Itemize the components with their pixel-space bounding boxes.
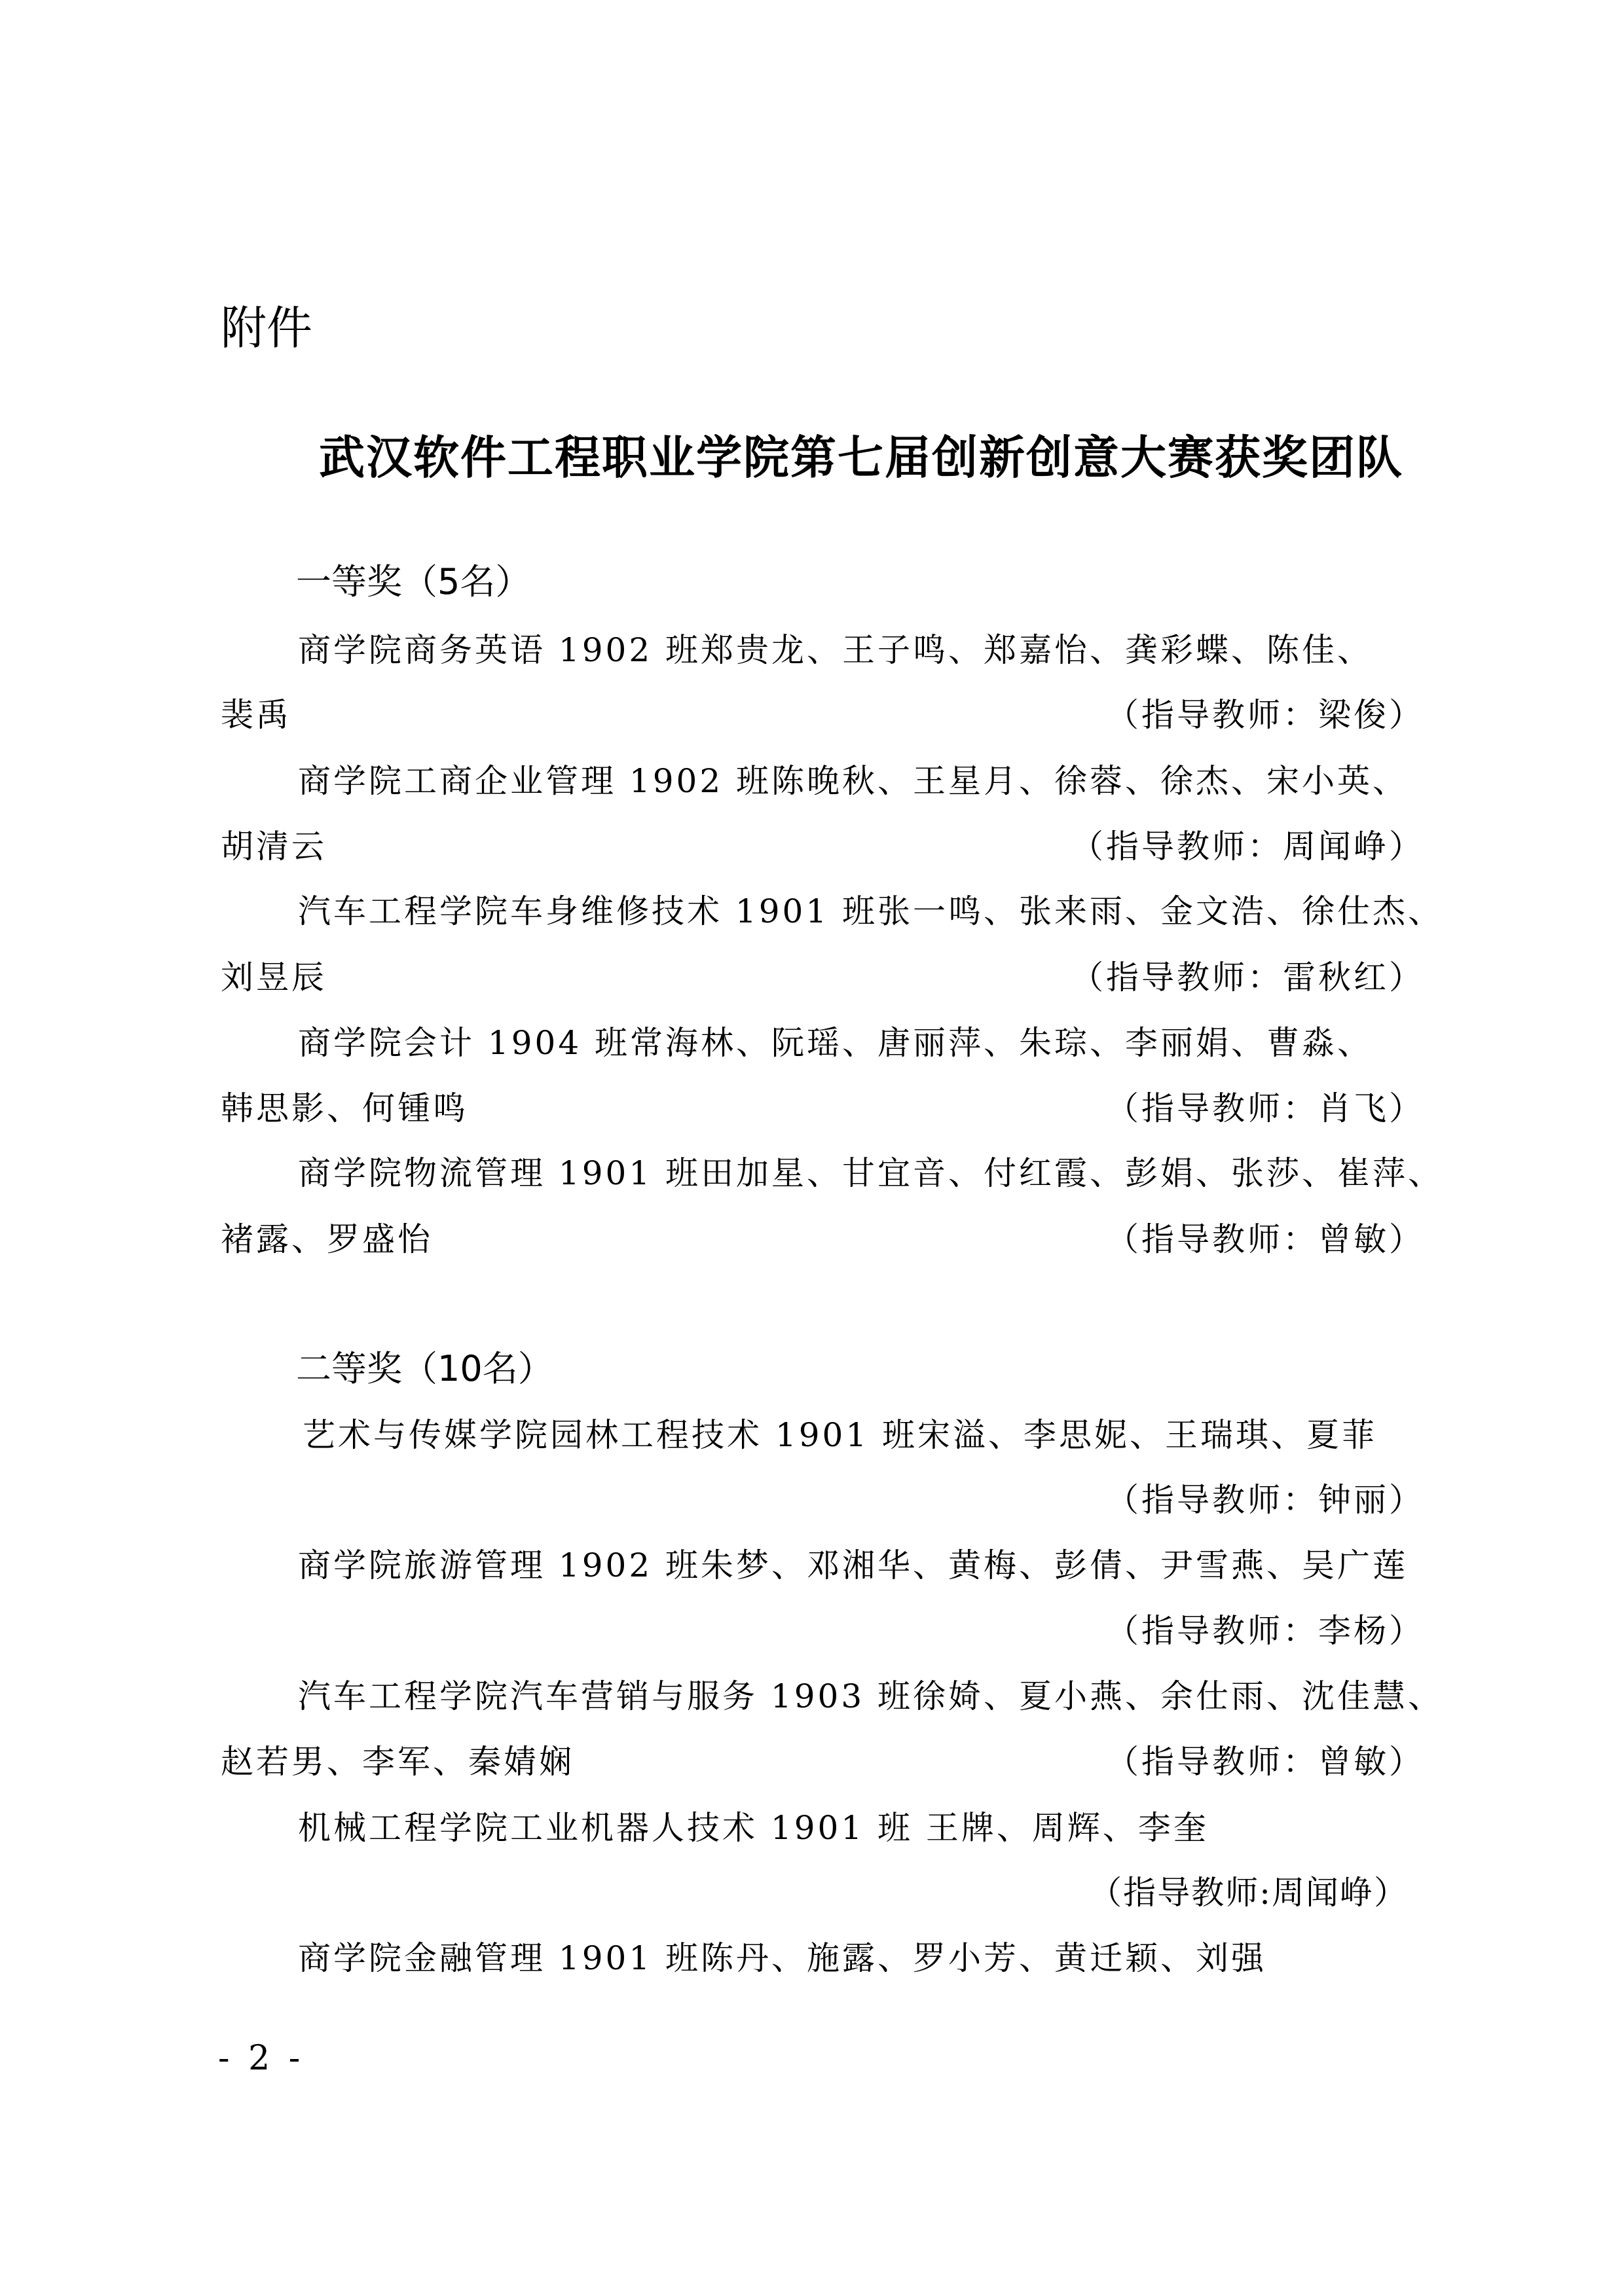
second-prize-entry-2-advisor: （指导教师：李杨）: [1106, 1614, 1424, 1647]
first-prize-entry-2-advisor: （指导教师：周闻峥）: [1071, 830, 1424, 863]
first-prize-entry-5-line2: 褚露、罗盛怡: [221, 1223, 433, 1256]
first-prize-entry-2-line2: 胡清云: [221, 830, 327, 863]
second-prize-entry-3-line1: 汽车工程学院汽车营销与服务 1903 班徐婍、夏小燕、余仕雨、沈佳慧、: [298, 1680, 1443, 1713]
second-prize-entry-4-advisor: （指导教师:周闻峥）: [1089, 1876, 1408, 1909]
first-prize-entry-4-advisor: （指导教师：肖飞）: [1106, 1092, 1424, 1125]
first-prize-entry-2-line1: 商学院工商企业管理 1902 班陈晚秋、王星月、徐蓉、徐杰、宋小英、: [298, 765, 1408, 797]
second-prize-heading: 二等奖（10名）: [296, 1351, 553, 1387]
document-title: 武汉软件工程职业学院第七届创新创意大赛获奖团队: [319, 435, 1321, 481]
first-prize-entry-1-line1: 商学院商务英语 1902 班郑贵龙、王子鸣、郑嘉怡、龚彩蝶、陈佳、: [298, 634, 1373, 666]
first-prize-entry-5-advisor: （指导教师：曾敏）: [1106, 1223, 1424, 1256]
second-prize-entry-1-advisor: （指导教师：钟丽）: [1106, 1484, 1424, 1516]
second-prize-entry-1-line1: 艺术与传媒学院园林工程技术 1901 班宋溢、李思妮、王瑞琪、夏菲: [303, 1419, 1377, 1451]
first-prize-entry-3-advisor: （指导教师：雷秋红）: [1071, 961, 1424, 994]
first-prize-entry-4-line2: 韩思影、何锺鸣: [221, 1092, 468, 1125]
first-prize-entry-5-line1: 商学院物流管理 1901 班田加星、甘宜音、付红霞、彭娟、张莎、崔萍、: [298, 1157, 1443, 1190]
second-prize-entry-3-line2: 赵若男、李军、秦婧娴: [221, 1745, 574, 1778]
attachment-label: 附件: [221, 305, 312, 351]
first-prize-entry-3-line1: 汽车工程学院车身维修技术 1901 班张一鸣、张来雨、金文浩、徐仕杰、: [298, 895, 1443, 928]
page-number: - 2 -: [218, 2041, 304, 2075]
first-prize-entry-3-line2: 刘昱辰: [221, 961, 327, 994]
second-prize-entry-2-line1: 商学院旅游管理 1902 班朱梦、邓湘华、黄梅、彭倩、尹雪燕、吴广莲: [298, 1549, 1408, 1582]
second-prize-entry-4-line1: 机械工程学院工业机器人技术 1901 班 王牌、周辉、李奎: [298, 1812, 1209, 1844]
document-page: 附件 武汉软件工程职业学院第七届创新创意大赛获奖团队 一等奖（5名） 商学院商务…: [0, 0, 1624, 2296]
second-prize-entry-5-line1: 商学院金融管理 1901 班陈丹、施露、罗小芳、黄迁颖、刘强: [298, 1942, 1266, 1975]
first-prize-heading: 一等奖（5名）: [296, 564, 530, 600]
first-prize-entry-1-line2: 裴禹: [221, 699, 291, 731]
first-prize-entry-1-advisor: （指导教师：梁俊）: [1106, 699, 1424, 731]
second-prize-entry-3-advisor: （指导教师：曾敏）: [1106, 1745, 1424, 1778]
first-prize-entry-4-line1: 商学院会计 1904 班常海林、阮瑶、唐丽萍、朱琮、李丽娟、曹淼、: [298, 1027, 1373, 1059]
